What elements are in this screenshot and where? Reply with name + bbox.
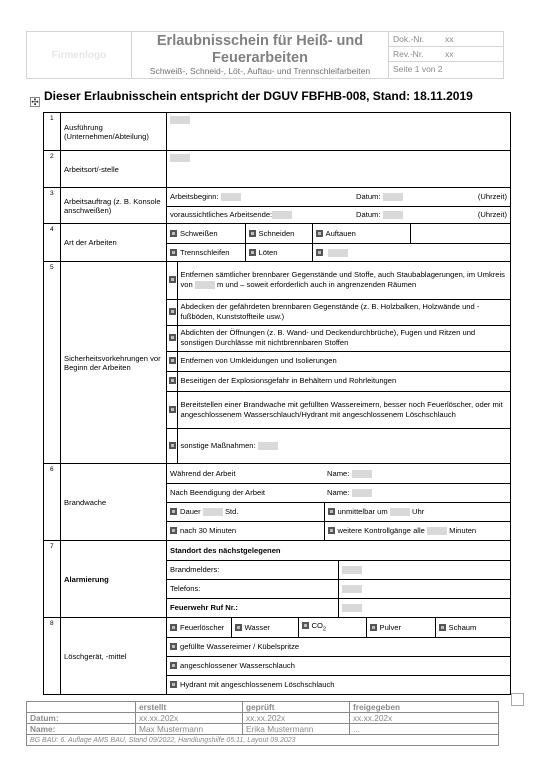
checkbox-icon[interactable] bbox=[328, 527, 335, 534]
checkbox-icon[interactable] bbox=[169, 334, 176, 341]
section-number: 8 bbox=[44, 618, 61, 695]
checkbox-icon[interactable] bbox=[170, 508, 177, 515]
further-checks-field[interactable] bbox=[427, 527, 447, 535]
document-header: Firmenlogo Erlaubnisschein für Heiß- und… bbox=[26, 31, 504, 79]
precaution-item: Beseitigen der Explosionsgefahr in Behäl… bbox=[167, 371, 510, 391]
option-cutting[interactable]: Schneiden bbox=[245, 224, 312, 243]
approval-footer: erstellt geprüft freigegeben Datum: xx.x… bbox=[26, 701, 499, 746]
work-end-field[interactable] bbox=[272, 211, 292, 219]
checkbox-icon[interactable] bbox=[439, 624, 446, 631]
section-4-row: 4 Art der Arbeiten Schweißen Schneiden A… bbox=[44, 224, 511, 262]
section-label: Ausführung (Unternehmen/Abteilung) bbox=[61, 113, 167, 151]
section-6-row: 6 Brandwache Während der Arbeit Name: Na… bbox=[44, 464, 511, 541]
section-number: 5 bbox=[44, 262, 61, 464]
section-number: 6 bbox=[44, 464, 61, 541]
section-label: Löschgerät, -mittel bbox=[61, 618, 167, 695]
section-label: Sicherheitsvorkehrungen vor Beginn der A… bbox=[61, 262, 167, 464]
checkbox-icon[interactable] bbox=[170, 643, 177, 650]
checked-name: Erika Mustermann bbox=[243, 724, 350, 735]
during-work-label: Während der Arbeit bbox=[167, 464, 324, 483]
after-work-label: Nach Beendigung der Arbeit bbox=[167, 483, 324, 502]
extinguisher-option[interactable]: Feuerlöscher bbox=[167, 618, 231, 637]
co2-option[interactable]: CO2 bbox=[298, 618, 366, 637]
section-label: Art der Arbeiten bbox=[61, 224, 167, 262]
name-label: Name: bbox=[27, 724, 136, 735]
section-label: Brandwache bbox=[61, 464, 167, 541]
option-welding[interactable]: Schweißen bbox=[167, 224, 245, 243]
fire-dept-label: Feuerwehr Ruf Nr.: bbox=[167, 598, 339, 617]
section-label: Arbeitsauftrag (z. B. Konsole anschweiße… bbox=[61, 188, 167, 224]
section-2-row: 2 Arbeitsort/-stelle bbox=[44, 151, 511, 188]
phone-field[interactable] bbox=[342, 585, 362, 593]
released-name: ... bbox=[350, 724, 499, 735]
section-number: 4 bbox=[44, 224, 61, 262]
checkbox-icon[interactable] bbox=[249, 230, 256, 237]
watch-after-name-field[interactable] bbox=[352, 489, 372, 497]
doc-number-value: xx bbox=[445, 32, 454, 47]
watch-during-name-field[interactable] bbox=[352, 470, 372, 478]
immediately-time-field[interactable] bbox=[390, 508, 410, 516]
option-thawing[interactable]: Auftauen bbox=[312, 224, 410, 243]
section-number: 3 bbox=[44, 188, 61, 224]
doc-number: Dok.-Nr.xx bbox=[389, 32, 503, 47]
option-grinding[interactable]: Trennschleifen bbox=[167, 243, 245, 261]
document-title-line1: Erlaubnisschein für Heiß- und bbox=[132, 33, 388, 49]
precaution-item: Abdecken der gefährdeten brennbaren Gege… bbox=[167, 299, 510, 325]
section-8-row: 8 Löschgerät, -mittel Feuerlöscher Wasse… bbox=[44, 618, 511, 695]
phone-label: Telefons: bbox=[167, 579, 339, 598]
document-title-line2: Feuerarbeiten bbox=[132, 50, 388, 66]
radius-field[interactable] bbox=[195, 281, 215, 289]
further-checks-option[interactable]: weitere Kontrollgänge alle Minuten bbox=[324, 521, 510, 540]
precaution-item: Entfernen sämtlicher brennbarer Gegenstä… bbox=[167, 262, 510, 299]
powder-option[interactable]: Pulver bbox=[366, 618, 435, 637]
fire-dept-field[interactable] bbox=[342, 604, 362, 612]
section-5-row: 5 Sicherheitsvorkehrungen vor Beginn der… bbox=[44, 262, 511, 464]
move-icon[interactable]: ✣ bbox=[30, 97, 40, 107]
created-date: xx.xx.202x bbox=[136, 713, 243, 724]
checkbox-icon[interactable] bbox=[169, 308, 176, 315]
location-heading: Standort des nächstgelegenen bbox=[167, 541, 510, 560]
checkbox-icon[interactable] bbox=[249, 249, 256, 256]
section-label: Alarmierung bbox=[61, 541, 167, 618]
name-label: Name: bbox=[327, 488, 349, 497]
page-indicator: Seite 1 von 2 bbox=[389, 62, 503, 77]
checkbox-icon[interactable] bbox=[235, 624, 242, 631]
rev-number: Rev.-Nr.xx bbox=[389, 47, 503, 62]
checkbox-icon[interactable] bbox=[170, 249, 177, 256]
document-subtitle: Schweiß-, Schneid-, Löt-, Auftau- und Tr… bbox=[132, 66, 388, 76]
checkbox-icon[interactable] bbox=[316, 230, 323, 237]
rev-number-value: xx bbox=[445, 47, 454, 62]
checkbox-icon[interactable] bbox=[316, 249, 323, 256]
document-meta: Dok.-Nr.xx Rev.-Nr.xx Seite 1 von 2 bbox=[389, 32, 503, 78]
hose-option[interactable]: angeschlossener Wasserschlauch bbox=[167, 656, 510, 675]
checked-header: geprüft bbox=[243, 702, 350, 713]
section-7-row: 7 Alarmierung Standort des nächstgelegen… bbox=[44, 541, 511, 618]
company-logo-placeholder: Firmenlogo bbox=[27, 32, 132, 78]
precaution-item: Bereitstellen einer Brandwache mit gefül… bbox=[167, 391, 510, 428]
checked-date: xx.xx.202x bbox=[243, 713, 350, 724]
other-measures-field[interactable] bbox=[258, 442, 278, 450]
work-location-field[interactable] bbox=[170, 154, 190, 162]
section-number: 2 bbox=[44, 151, 61, 188]
precaution-item: Entfernen von Umkleidungen und Isolierun… bbox=[167, 351, 510, 371]
corner-marker bbox=[511, 693, 524, 706]
fire-alarm-label: Brandmelders: bbox=[167, 560, 339, 579]
checkbox-icon[interactable] bbox=[170, 230, 177, 237]
footer-note: BG BAU: 6. Auflage AMS BAU, Stand 09/202… bbox=[27, 735, 499, 746]
option-other[interactable] bbox=[312, 243, 510, 261]
water-option[interactable]: Wasser bbox=[231, 618, 298, 637]
checkbox-icon[interactable] bbox=[169, 442, 176, 449]
rev-number-label: Rev.-Nr. bbox=[393, 49, 424, 59]
date-label: Datum: bbox=[356, 210, 380, 219]
buckets-option[interactable]: gefüllte Wassereimer / Kübelspritze bbox=[167, 637, 510, 656]
document-heading: Dieser Erlaubnisschein entspricht der DG… bbox=[44, 89, 473, 103]
duration-field[interactable] bbox=[203, 508, 223, 516]
permit-form-table: 1 Ausführung (Unternehmen/Abteilung) 2 A… bbox=[43, 112, 511, 695]
doc-number-label: Dok.-Nr. bbox=[393, 34, 424, 44]
option-soldering[interactable]: Löten bbox=[245, 243, 312, 261]
work-start-label: Arbeitsbeginn: bbox=[170, 192, 219, 201]
date-label: Datum: bbox=[356, 192, 380, 201]
released-date: xx.xx.202x bbox=[350, 713, 499, 724]
checkbox-icon[interactable] bbox=[169, 406, 176, 413]
checkbox-icon[interactable] bbox=[169, 357, 176, 364]
time-label: (Uhrzeit) bbox=[478, 192, 507, 201]
section-1-row: 1 Ausführung (Unternehmen/Abteilung) bbox=[44, 113, 511, 151]
checkbox-icon[interactable] bbox=[169, 377, 176, 384]
name-label: Name: bbox=[327, 469, 349, 478]
after-30-option[interactable]: nach 30 Minuten bbox=[167, 521, 324, 540]
work-start-field[interactable] bbox=[221, 193, 241, 201]
checkbox-icon[interactable] bbox=[170, 662, 177, 669]
precaution-item: sonstige Maßnahmen: bbox=[167, 428, 510, 463]
checkbox-icon[interactable] bbox=[170, 527, 177, 534]
created-name: Max Mustermann bbox=[136, 724, 243, 735]
checkbox-icon[interactable] bbox=[169, 276, 176, 283]
section-number: 7 bbox=[44, 541, 61, 618]
section-3-row: 3 Arbeitsauftrag (z. B. Konsole anschwei… bbox=[44, 188, 511, 224]
duration-option[interactable]: Dauer Std. bbox=[167, 502, 324, 521]
section-number: 1 bbox=[44, 113, 61, 151]
work-end-label: voraussichtliches Arbeitsende: bbox=[170, 210, 272, 219]
foam-option[interactable]: Schaum bbox=[435, 618, 510, 637]
checkbox-icon[interactable] bbox=[170, 681, 177, 688]
immediately-option[interactable]: unmittelbar um Uhr bbox=[324, 502, 510, 521]
time-label: (Uhrzeit) bbox=[478, 210, 507, 219]
other-work-field[interactable] bbox=[328, 249, 348, 257]
execution-field[interactable] bbox=[170, 116, 190, 124]
created-header: erstellt bbox=[136, 702, 243, 713]
released-header: freigegeben bbox=[350, 702, 499, 713]
fire-alarm-field[interactable] bbox=[342, 566, 362, 574]
section-label: Arbeitsort/-stelle bbox=[61, 151, 167, 188]
precaution-item: Abdichten der Öffnungen (z. B. Wand- und… bbox=[167, 325, 510, 351]
start-date-field[interactable] bbox=[383, 193, 403, 201]
document-title-block: Erlaubnisschein für Heiß- und Feuerarbei… bbox=[132, 32, 389, 78]
checkbox-icon[interactable] bbox=[302, 622, 309, 629]
end-date-field[interactable] bbox=[383, 211, 403, 219]
checkbox-icon[interactable] bbox=[370, 624, 377, 631]
hydrant-option[interactable]: Hydrant mit angeschlossenem Löschschlauc… bbox=[167, 675, 510, 694]
date-label: Datum: bbox=[27, 713, 136, 724]
checkbox-icon[interactable] bbox=[328, 508, 335, 515]
checkbox-icon[interactable] bbox=[170, 624, 177, 631]
